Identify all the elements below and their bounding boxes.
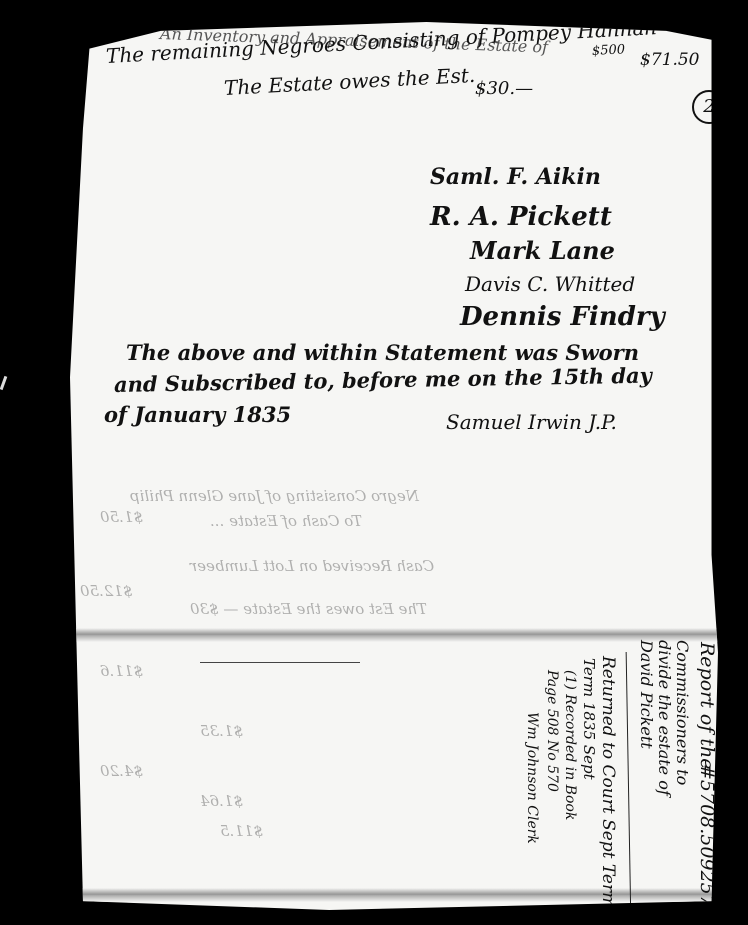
docket-archive-number: #5708.5092570 (696, 764, 718, 919)
fold-crease-bottom (70, 888, 718, 902)
docket-line-3: divide the estate of (655, 640, 674, 796)
scan-artifact (0, 376, 7, 390)
document-page: Negro Consisting of Jane Glenn Philip To… (70, 22, 718, 910)
jurat-officer-signature: Samuel Irwin J.P. (446, 410, 617, 434)
amount-owes: $30.— (475, 78, 533, 99)
signature-1: Saml. F. Aikin (430, 164, 601, 190)
page-number: 2 (692, 90, 726, 124)
bleed-through-text: The Est owes the Estate — $30 (190, 600, 427, 618)
docket-filing: Returned to Court Sept Term (598, 656, 618, 908)
docket-rule (626, 652, 632, 922)
jurat-line-1: The above and within Statement was Sworn (126, 340, 639, 365)
bleed-through-text: Cash Received on Lott Lumbeer (190, 557, 434, 575)
signature-2: R. A. Pickett (430, 202, 612, 232)
docket-line-2: Commissioners to (673, 640, 692, 785)
bleed-through-amount: $4.20 (100, 762, 143, 780)
estate-line-owes: The Estate owes the Est. (223, 63, 475, 100)
bleed-through-text: Negro Consisting of Jane Glenn Philip (130, 487, 419, 505)
bleed-through-amount: $11.5 (220, 822, 263, 840)
docket-line-4: David Pickett (637, 640, 656, 749)
bleed-through-amount: $11.6 (100, 662, 143, 680)
bleed-through-amount: $1.64 (200, 792, 243, 810)
signature-5: Dennis Findry (460, 302, 665, 332)
estate-line-negroes: The remaining Negroes Consisting of Pomp… (105, 15, 657, 68)
amount-negroes: $71.50 (640, 50, 699, 70)
docket-title: Report of the (696, 642, 718, 770)
bleed-through-amount: $1.35 (200, 722, 243, 740)
bleed-through-text: To Cash of Estate ... (210, 512, 362, 530)
sub-amount: $500 (592, 42, 626, 59)
signature-3: Mark Lane (470, 236, 615, 265)
bleed-through-amount: $12.50 (80, 582, 133, 600)
docket-clerk: Wm Johnson Clerk (524, 712, 540, 844)
docket-recorded: (1) Recorded in Book (562, 670, 578, 820)
docket-filing-term: Term 1835 Sept (580, 658, 598, 780)
docket-page-ref: Page 508 No 570 (544, 670, 560, 792)
jurat-line-2: and Subscribed to, before me on the 15th… (114, 363, 652, 397)
jurat-line-3: of January 1835 (104, 402, 291, 427)
fold-crease (70, 628, 718, 642)
bleed-through-amount: $1.50 (100, 508, 143, 526)
signature-4: Davis C. Whitted (465, 272, 635, 296)
ruled-line (200, 662, 360, 663)
